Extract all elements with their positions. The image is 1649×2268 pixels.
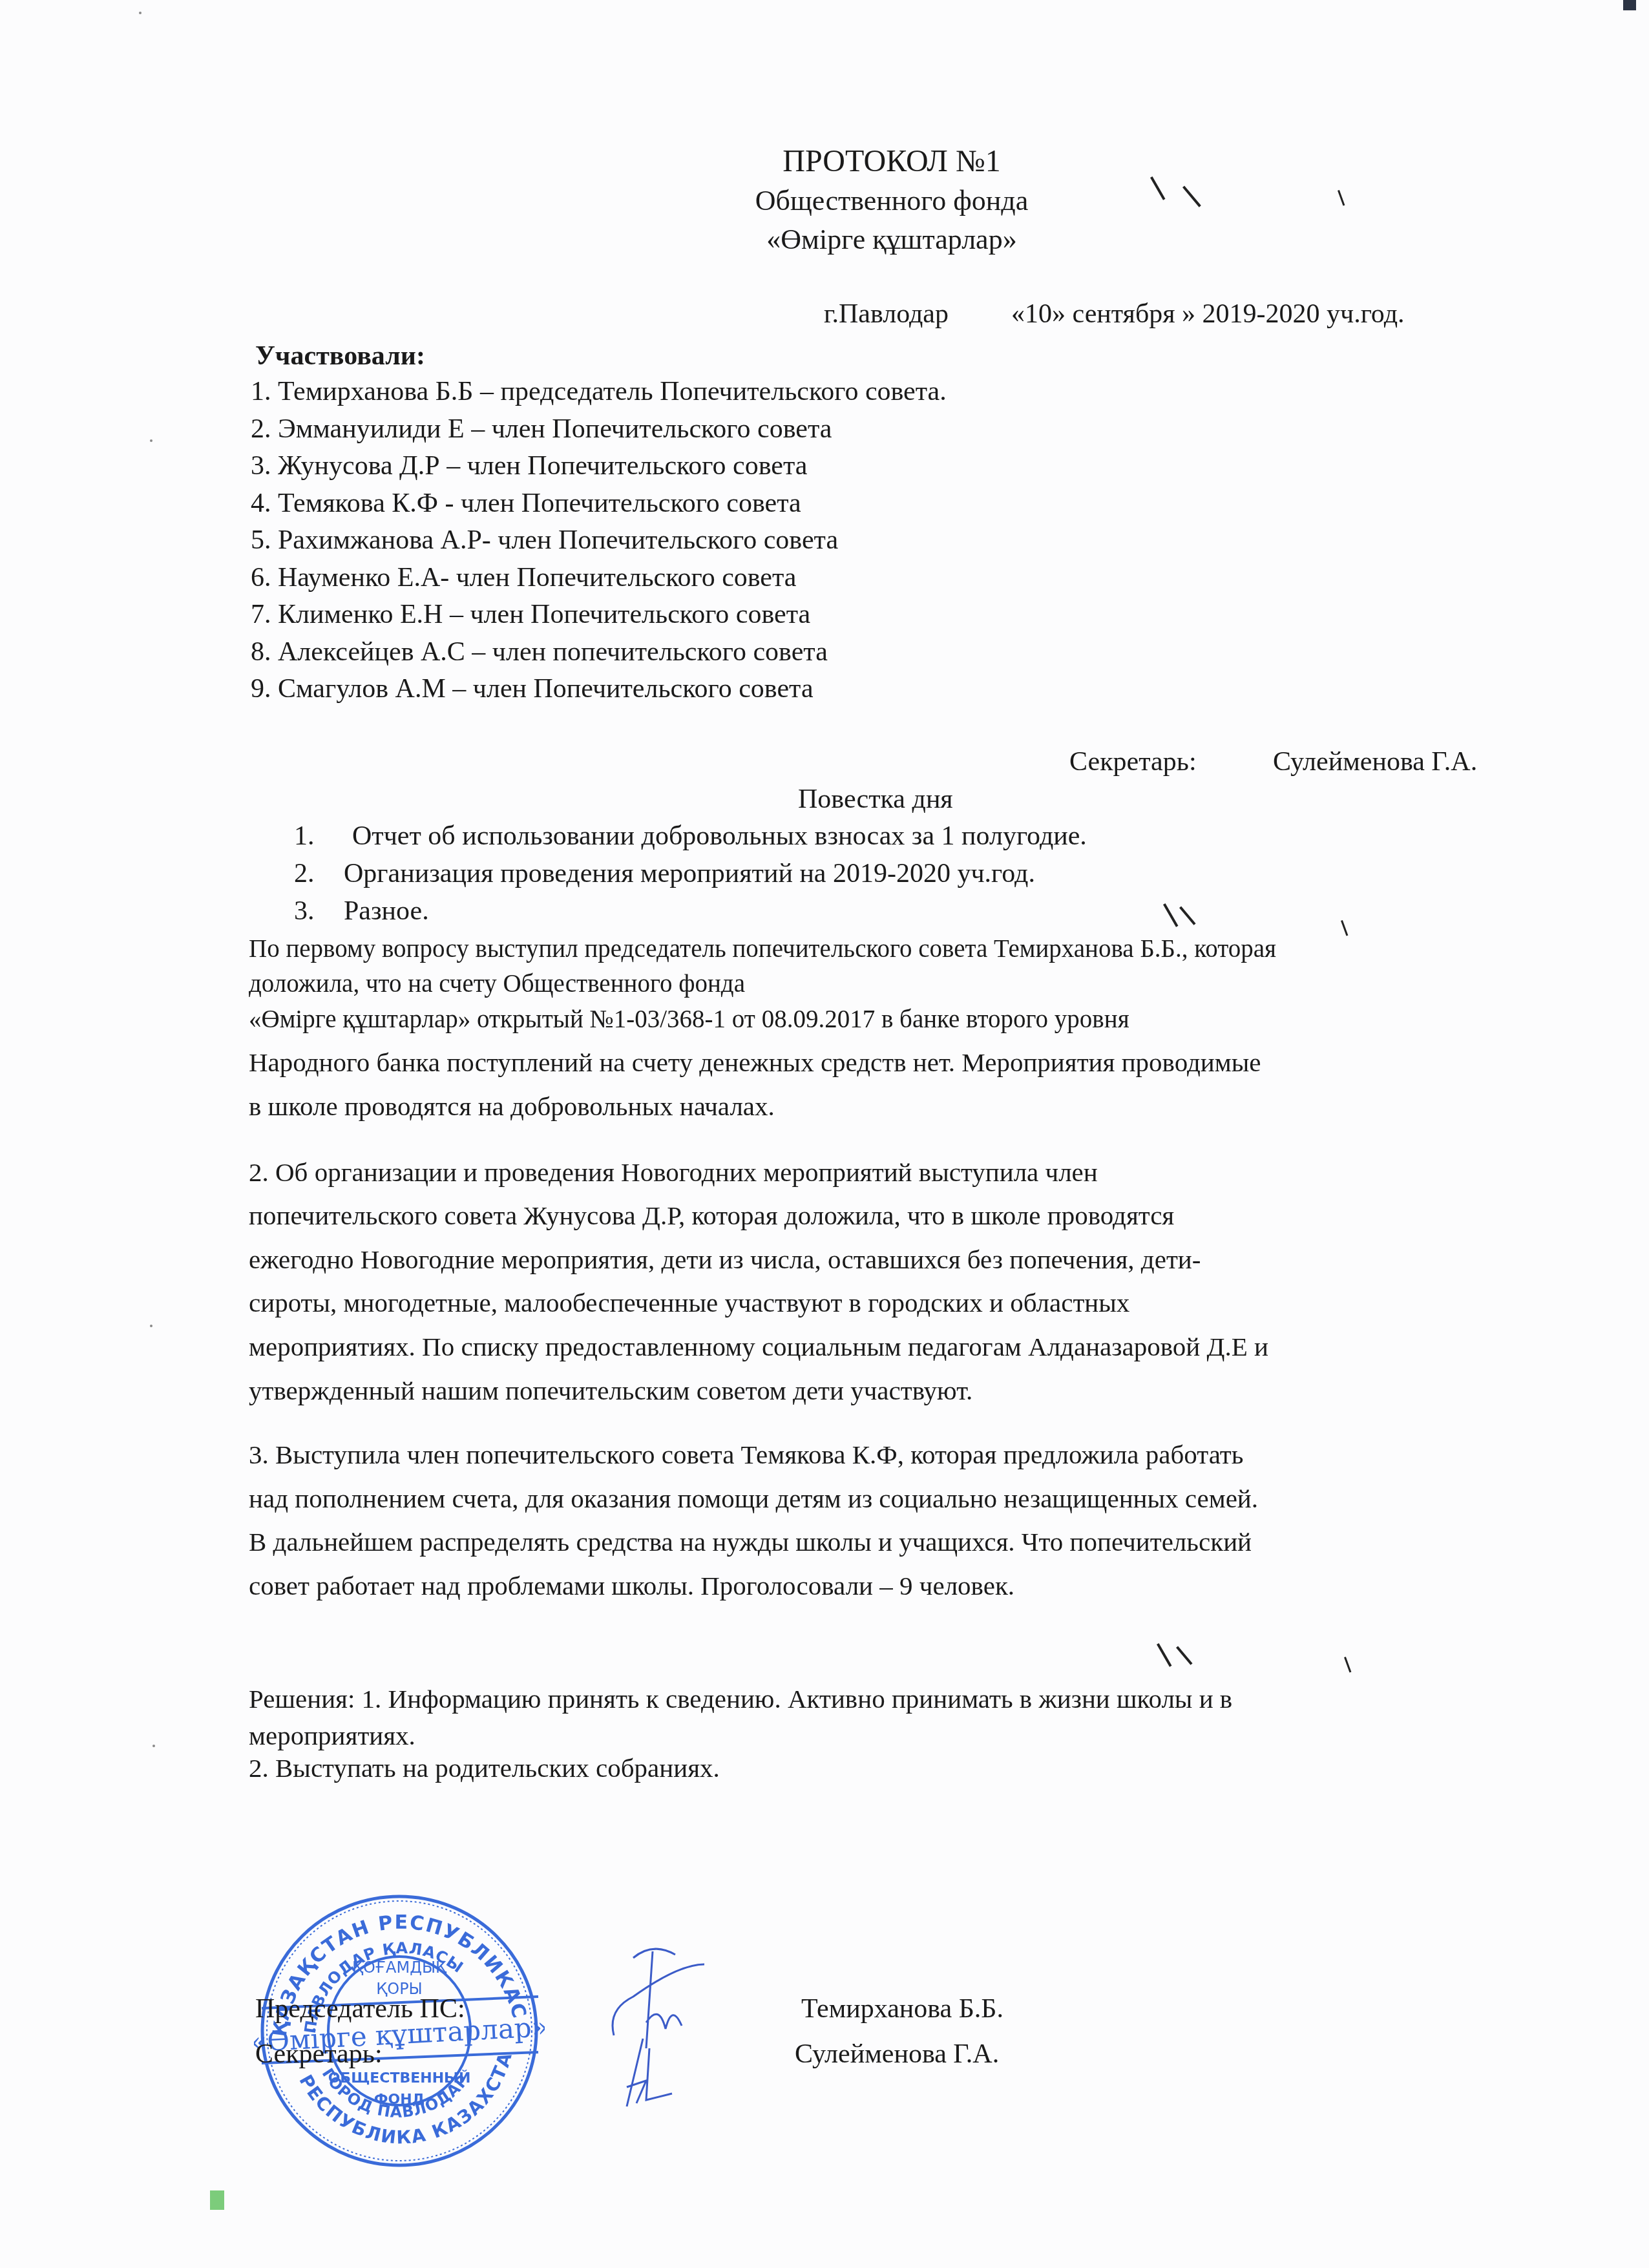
- punch-mark: [1150, 176, 1165, 200]
- punch-mark: [1338, 190, 1345, 206]
- participant-item: 3. Жунусова Д.Р – член Попечительского с…: [251, 450, 807, 481]
- organization-stamp: ҚАЗАҚСТАН РЕСПУБЛИКАСЫ ПАВЛОДАР ҚАЛАСЫ Р…: [254, 1885, 545, 2176]
- paragraph-line: сироты, многодетные, малообеспеченные уч…: [249, 1287, 1129, 1318]
- meeting-date: «10» сентября » 2019-2020 уч.год.: [1011, 299, 1405, 330]
- agenda-heading: Повестка дня: [798, 784, 953, 815]
- scan-speck: [150, 1325, 152, 1327]
- secretary-name: Сулейменова Г.А.: [1273, 746, 1477, 777]
- paragraph-line: ежегодно Новогодние мероприятия, дети из…: [249, 1244, 1201, 1275]
- scan-speck: [152, 1745, 155, 1747]
- document-subtitle-name: «Өмірге құштарлар»: [646, 223, 1137, 256]
- stamp-seal-icon: ҚАЗАҚСТАН РЕСПУБЛИКАСЫ ПАВЛОДАР ҚАЛАСЫ Р…: [254, 1885, 545, 2176]
- agenda-item-number: 2.: [294, 858, 315, 889]
- agenda-item-text: Отчет об использовании добровольных взно…: [352, 821, 1087, 852]
- secretary-label: Секретарь:: [1069, 746, 1197, 777]
- chair-signature-name: Темирханова Б.Б.: [801, 1993, 1003, 2024]
- paragraph-line: По первому вопросу выступил председатель…: [249, 934, 1276, 963]
- paragraph-line: мероприятиях. По списку предоставленному…: [249, 1331, 1268, 1362]
- secretary-signature-name: Сулейменова Г.А.: [795, 2039, 999, 2070]
- document-title: ПРОТОКОЛ №1: [646, 143, 1137, 179]
- agenda-item-number: 1.: [294, 821, 315, 852]
- paragraph-line: в школе проводятся на добровольных начал…: [249, 1091, 775, 1122]
- participant-item: 1. Темирханова Б.Б – председатель Попечи…: [251, 376, 947, 407]
- participant-item: 6. Науменко Е.А- член Попечительского со…: [251, 562, 797, 593]
- participant-item: 7. Клименко Е.Н – член Попечительского с…: [251, 599, 810, 630]
- participant-item: 5. Рахимжанова А.Р- член Попечительского…: [251, 525, 838, 556]
- scan-edge-mark: [1623, 0, 1636, 10]
- punch-mark: [1157, 1643, 1171, 1667]
- scan-color-mark: [210, 2190, 224, 2210]
- secretary-signature-label: Секретарь:: [255, 2039, 383, 2070]
- paragraph-line: В дальнейшем распределять средства на ну…: [249, 1526, 1252, 1557]
- agenda-item-text: Разное.: [344, 896, 429, 927]
- scan-speck: [150, 439, 152, 442]
- paragraph-line: доложила, что на счету Общественного фон…: [249, 969, 745, 998]
- secretary-handwritten-signature-icon: [620, 2035, 678, 2113]
- scan-speck: [139, 12, 142, 14]
- paragraph-line: над пополнением счета, для оказания помо…: [249, 1483, 1258, 1514]
- punch-mark: [1341, 920, 1348, 936]
- participant-item: 8. Алексейцев А.С – член попечительского…: [251, 636, 828, 667]
- punch-mark: [1179, 906, 1196, 925]
- svg-text:ОБЩЕСТВЕННЫЙ: ОБЩЕСТВЕННЫЙ: [328, 2070, 471, 2086]
- svg-text:ҚОҒАМДЫҚ: ҚОҒАМДЫҚ: [352, 1958, 447, 1977]
- participants-heading: Участвовали:: [255, 341, 425, 372]
- punch-mark: [1344, 1657, 1351, 1673]
- agenda-item-text: Организация проведения мероприятий на 20…: [344, 858, 1035, 889]
- paragraph-line: Народного банка поступлений на счету ден…: [249, 1047, 1261, 1078]
- paragraph-line: попечительского совета Жунусова Д.Р, кот…: [249, 1200, 1174, 1231]
- meeting-city: г.Павлодар: [824, 299, 949, 330]
- participant-item: 2. Эммануилиди Е – член Попечительского …: [251, 414, 832, 445]
- decision-line: Решения: 1. Информацию принять к сведени…: [249, 1683, 1232, 1714]
- document-subtitle-org: Общественного фонда: [646, 184, 1137, 217]
- agenda-item-number: 3.: [294, 896, 315, 927]
- punch-mark: [1163, 903, 1178, 927]
- decision-line: 2. Выступать на родительских собраниях.: [249, 1752, 720, 1783]
- participant-item: 9. Смагулов А.М – член Попечительского с…: [251, 673, 814, 704]
- paragraph-line: «Өмірге құштарлар» открытый №1-03/368-1 …: [249, 1005, 1129, 1034]
- chair-signature-label: Председатель ПС:: [255, 1993, 465, 2024]
- punch-mark: [1182, 185, 1201, 207]
- paragraph-line: 2. Об организации и проведения Новогодни…: [249, 1157, 1098, 1188]
- decision-line: мероприятиях.: [249, 1720, 415, 1751]
- punch-mark: [1176, 1646, 1193, 1664]
- svg-text:ФОНД: ФОНД: [374, 2092, 425, 2108]
- paragraph-line: 3. Выступила член попечительского совета…: [249, 1439, 1243, 1470]
- participant-item: 4. Темякова К.Ф - член Попечительского с…: [251, 488, 801, 519]
- paragraph-line: совет работает над проблемами школы. Про…: [249, 1570, 1014, 1601]
- paragraph-line: утвержденный нашим попечительским совето…: [249, 1375, 972, 1406]
